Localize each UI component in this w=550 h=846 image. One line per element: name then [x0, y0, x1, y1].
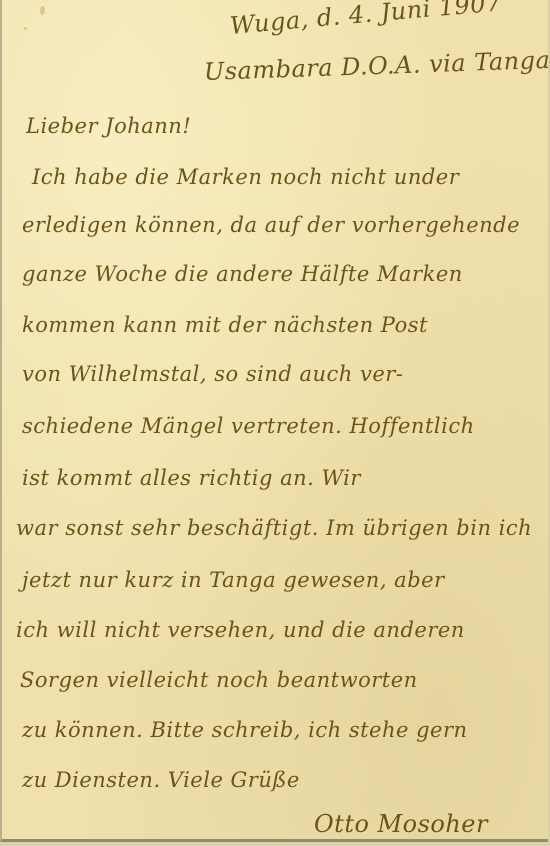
body-line: ich will nicht versehen, und die anderen [16, 618, 465, 642]
body-line: ist kommt alles richtig an. Wir [22, 466, 361, 490]
place-date: Wuga, d. 4. Juni 1907 [229, 0, 503, 40]
body-line: zu können. Bitte schreib, ich stehe gern [22, 718, 468, 742]
body-line: schiedene Mängel vertreten. Hoffentlich [22, 414, 475, 438]
ink-stain [40, 6, 45, 15]
body-line: war sonst sehr beschäftigt. Im übrigen b… [16, 516, 532, 540]
body-line: kommen kann mit der nächsten Post [22, 313, 428, 337]
postcard: Wuga, d. 4. Juni 1907 Usambara D.O.A. vi… [0, 0, 548, 842]
body-line: ganze Woche die andere Hälfte Marken [22, 262, 463, 286]
salutation: Lieber Johann! [26, 114, 191, 138]
region-line: Usambara D.O.A. via Tanga [204, 46, 550, 86]
body-line: von Wilhelmstal, so sind auch ver- [22, 362, 403, 386]
signature: Otto Mosoher [314, 810, 488, 838]
body-line: jetzt nur kurz in Tanga gewesen, aber [22, 568, 445, 592]
body-line: Ich habe die Marken noch nicht under [32, 165, 459, 189]
ink-stain [24, 27, 27, 30]
body-line: Sorgen vielleicht noch beantworten [20, 668, 418, 692]
body-line: zu Diensten. Viele Grüße [22, 768, 300, 792]
body-line: erledigen können, da auf der vorhergehen… [22, 213, 520, 237]
